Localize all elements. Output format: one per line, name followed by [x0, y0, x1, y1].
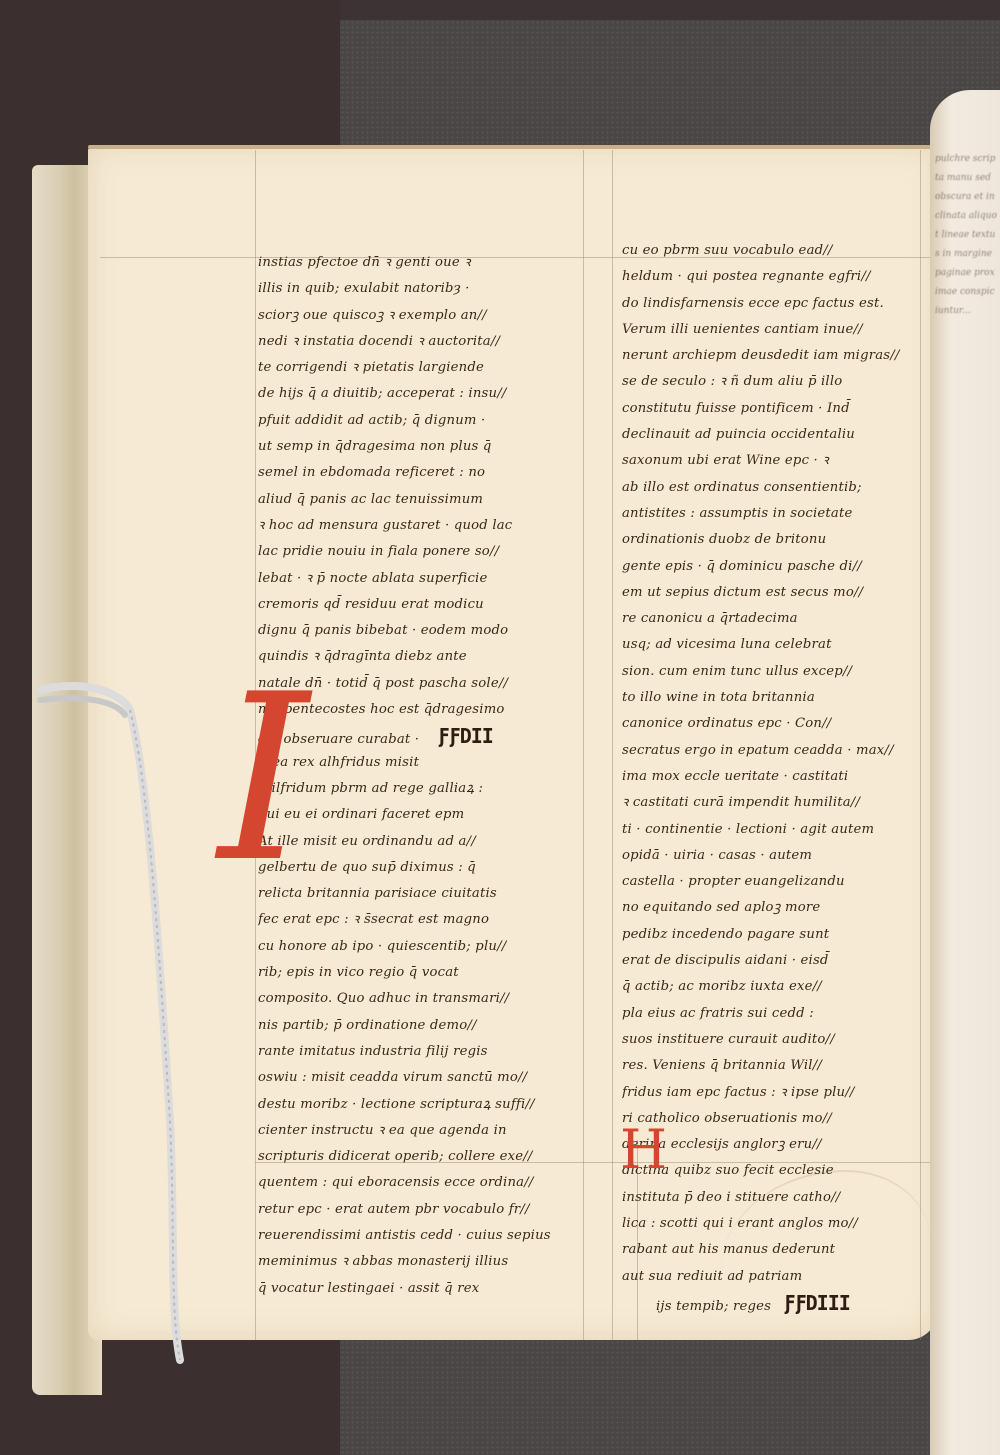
text-line: do lindisfarnensis ecce epc factus est.: [622, 291, 910, 317]
text-line: lac pridie nouiu in fiala ponere so//: [258, 539, 588, 565]
text-line: cu eo pbrm suu vocabulo ead//: [622, 238, 910, 264]
text-line: cremoris qd̄ residuu erat modicu: [258, 592, 588, 618]
rubric-initial-i: I: [218, 670, 256, 890]
text-line: composito. Quo adhuc in transmari//: [258, 986, 588, 1012]
text-line: meminimus ꝛ abbas monasterij illius: [258, 1249, 588, 1275]
text-line: gente epis · q̄ dominicu pasche di//: [622, 554, 910, 580]
backdrop-top: [340, 0, 1000, 20]
text-line: ordinationis duobz de britonu: [622, 527, 910, 553]
text-line: de hijs q̄ a diuitib; acceperat : insu//: [258, 381, 588, 407]
text-line: pfuit addidit ad actib; q̄ dignum ·: [258, 408, 588, 434]
text-line: lica : scotti qui i erant anglos mo//: [622, 1211, 910, 1237]
text-line: destu moribz · lectione scripturaꝝ suffi…: [258, 1092, 588, 1118]
text-line: constitutu fuisse pontificem · Ind̄: [622, 396, 910, 422]
text-line: castella · propter euangelizandu: [622, 869, 910, 895]
text-line: sciorꝫ oue quiscoꝫ ꝛ exemplo an//: [258, 303, 588, 329]
text-line: te corrigendi ꝛ pietatis largiende: [258, 355, 588, 381]
text-line: nis partib; p̄ ordinatione demo//: [258, 1013, 588, 1039]
text-line: scripturis didicerat operib; collere exe…: [258, 1144, 588, 1170]
text-line: saxonum ubi erat Wine epc · ꝛ: [622, 448, 910, 474]
text-line: lebat · ꝛ p̄ nocte ablata superficie: [258, 566, 588, 592]
text-line: illis in quib; exulabit natoribȝ ·: [258, 276, 588, 302]
text-line: to illo wine in tota britannia: [622, 685, 910, 711]
text-line: erat de discipulis aidani · eisd̄: [622, 948, 910, 974]
text-line: nerunt archiepm deusdedit iam migras//: [622, 343, 910, 369]
text-line: aut sua rediuit ad patriam: [622, 1264, 910, 1290]
text-line: ꝛ hoc ad mensura gustaret · quod lac: [258, 513, 588, 539]
text-line: cu honore ab ipo · quiescentib; plu//: [258, 934, 588, 960]
text-line: q̄ vocatur lestingaei · assit q̄ rex: [258, 1276, 588, 1302]
text-line: res. Veniens q̄ britannia Wil//: [622, 1053, 910, 1079]
text-line: aliud q̄ panis ac lac tenuissimum: [258, 487, 588, 513]
text-line: em ut sepius dictum est secus mo//: [622, 580, 910, 606]
text-line: instias pfectoe dn̄ ꝛ genti oue ꝛ: [258, 250, 588, 276]
text-line-content: ijs tempib; reges: [656, 1299, 771, 1314]
rubric-initial-h: H: [620, 1120, 667, 1180]
text-line: usq; ad vicesima luna celebrat: [622, 632, 910, 658]
text-line: quentem : qui eboracensis ecce ordina//: [258, 1170, 588, 1196]
page-top-edge: [88, 145, 938, 149]
text-line: no equitando sed aploꝫ more: [622, 895, 910, 921]
text-line: semel in ebdomada reficeret : no: [258, 460, 588, 486]
text-line: ti · continentie · lectioni · agit autem: [622, 817, 910, 843]
chapter-numeral: ƑƑDIII: [784, 1291, 850, 1315]
facing-page-text: pulchre scripta manu sed obscura et incl…: [935, 150, 997, 1200]
text-line: q̄ actib; ac moribz iuxta exe//: [622, 974, 910, 1000]
text-line: suos instituere curauit audito//: [622, 1027, 910, 1053]
text-line: sion. cum enim tunc ullus excep//: [622, 659, 910, 685]
text-line: cienter instructu ꝛ ea que agenda in: [258, 1118, 588, 1144]
text-line: dignu q̄ panis bibebat · eodem modo: [258, 618, 588, 644]
text-line: pedibz incedendo pagare sunt: [622, 922, 910, 948]
chapter-numeral: ƑƑDII: [438, 724, 493, 748]
text-line: opidā · uiria · casas · autem: [622, 843, 910, 869]
text-line: ut semp in q̄dragesima non plus q̄: [258, 434, 588, 460]
text-line: se de seculo : ꝛ ñ dum aliu p̄ illo: [622, 369, 910, 395]
text-line: declinauit ad puincia occidentaliu: [622, 422, 910, 448]
text-line: fridus iam epc factus : ꝛ ipse plu//: [622, 1080, 910, 1106]
text-line: Verum illi uenientes cantiam inue//: [622, 317, 910, 343]
text-line: rante imitatus industria filij regis: [258, 1039, 588, 1065]
text-line: reuerendissimi antistis cedd · cuius sep…: [258, 1223, 588, 1249]
text-line: secratus ergo in epatum ceadda · max//: [622, 738, 910, 764]
text-line: rabant aut his manus dederunt: [622, 1237, 910, 1263]
text-line: heldum · qui postea regnante egfri//: [622, 264, 910, 290]
text-line: canonice ordinatus epc · Con//: [622, 711, 910, 737]
text-line: retur epc · erat autem pbr vocabulo fr//: [258, 1197, 588, 1223]
text-line: ꝛ castitati curā impendit humilita//: [622, 790, 910, 816]
text-line: re canonicu a q̄rtadecima: [622, 606, 910, 632]
text-line: antistites : assumptis in societate: [622, 501, 910, 527]
text-line: ima mox eccle ueritate · castitati: [622, 764, 910, 790]
text-line: pla eius ac fratris sui cedd :: [622, 1001, 910, 1027]
text-line: oswiu : misit ceadda virum sanctū mo//: [258, 1065, 588, 1091]
text-line: ijs tempib; reges ƑƑDIII: [622, 1290, 910, 1316]
text-line: nedi ꝛ instatia docendi ꝛ auctorita//: [258, 329, 588, 355]
text-line: ab illo est ordinatus consentientib;: [622, 475, 910, 501]
text-line: instituta p̄ deo i stituere catho//: [622, 1185, 910, 1211]
text-line: rib; epis in vico regio q̄ vocat: [258, 960, 588, 986]
